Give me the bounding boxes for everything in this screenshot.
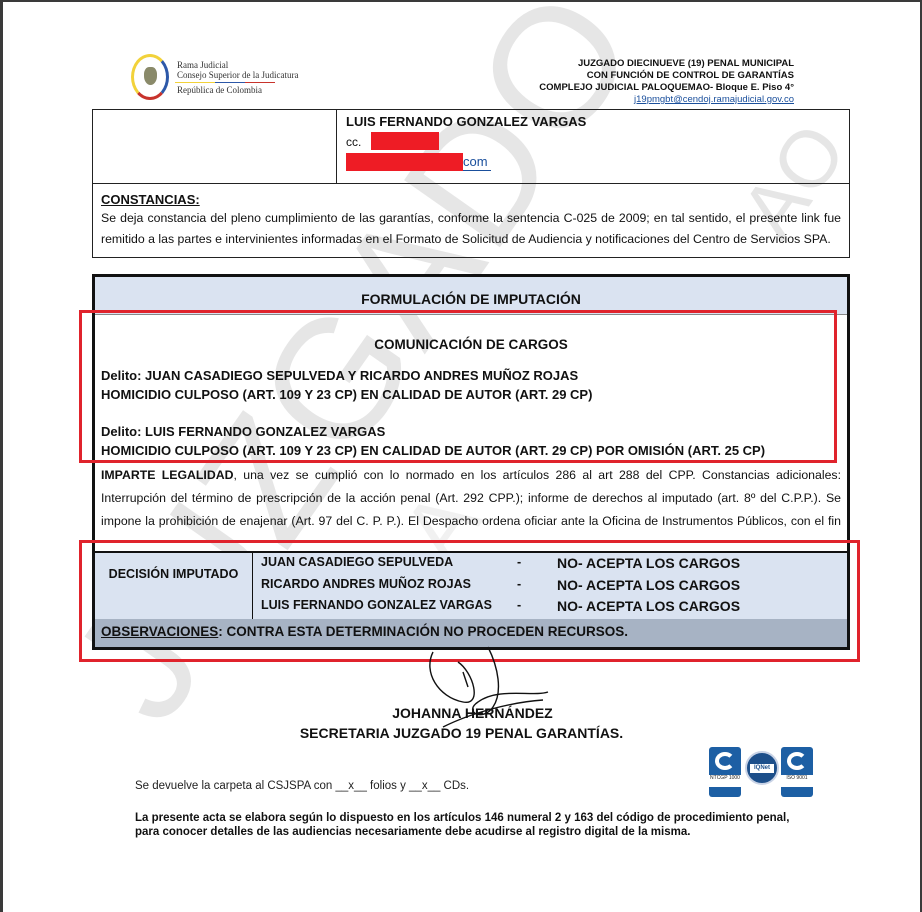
decision-status: NO- ACEPTA LOS CARGOS [557,598,740,614]
decision-name: RICARDO ANDRES MUÑOZ ROJAS [261,577,471,591]
court-line-1: JUZGADO DIECINUEVE (19) PENAL MUNICIPAL [539,58,794,70]
delito-1: Delito: JUAN CASADIEGO SEPULVEDA Y RICAR… [101,366,841,404]
logo-rule [175,82,275,83]
constancias-body: Se deja constancia del pleno cumplimient… [101,208,841,250]
delito-2-accused: Delito: LUIS FERNANDO GONZALEZ VARGAS [101,422,841,441]
decision-name: JUAN CASADIEGO SEPULVEDA [261,555,453,569]
cargos-subtitle: COMUNICACIÓN DE CARGOS [101,337,841,352]
court-email-link[interactable]: j19pmgbt@cendoj.ramajudicial.gov.co [634,94,794,105]
party-name: LUIS FERNANDO GONZALEZ VARGAS [346,114,586,129]
decision-dash: - [517,598,521,612]
folios-note: Se devuelve la carpeta al CSJSPA con __x… [135,780,469,792]
comunicacion-cargos: COMUNICACIÓN DE CARGOS Delito: JUAN CASA… [95,317,847,460]
observaciones-text: : CONTRA ESTA DETERMINACIÓN NO PROCEDEN … [218,624,628,639]
decision-dash: - [517,555,521,569]
court-line-3: COMPLEJO JUDICIAL PALOQUEMAO- Bloque E. … [539,82,794,94]
court-header: JUZGADO DIECINUEVE (19) PENAL MUNICIPAL … [539,58,794,106]
constancias-section: CONSTANCIAS: Se deja constancia del plen… [92,183,850,258]
signer-name: JOHANNA HERNÁNDEZ [3,705,920,721]
decision-status: NO- ACEPTA LOS CARGOS [557,555,740,571]
decision-imputado-row: DECISIÓN IMPUTADO JUAN CASADIEGO SEPULVE… [95,551,847,620]
rama-judicial-logo: Rama Judicial Consejo Superior de la Jud… [131,54,281,104]
redacted-email [346,153,463,171]
document-page: JUZGADO 19 A AO Rama Judicial Consejo Su… [3,2,920,912]
party-divider [336,110,337,184]
redacted-cc [371,132,439,150]
legal-footnote: La presente acta se elabora según lo dis… [135,811,815,839]
coat-of-arms-icon [131,54,169,100]
badge-label: NTCGP 1000 [709,775,741,787]
legalidad-paragraph: IMPARTE LEGALIDAD, una vez se cumplió co… [95,464,847,536]
decision-dash: - [517,577,521,591]
delito-2-charge: HOMICIDIO CULPOSO (ART. 109 Y 23 CP) EN … [101,441,841,460]
party-email-suffix[interactable]: com [463,154,488,169]
delito-1-accused: Delito: JUAN CASADIEGO SEPULVEDA Y RICAR… [101,366,841,385]
legalidad-bold: IMPARTE LEGALIDAD [101,468,234,482]
decision-name: LUIS FERNANDO GONZALEZ VARGAS [261,598,492,612]
decision-label: DECISIÓN IMPUTADO [95,553,253,619]
court-line-2: CON FUNCIÓN DE CONTROL DE GARANTÍAS [539,70,794,82]
icontec-iso-badge-icon: ISO 9001 [781,747,813,797]
certification-logos: NTCGP 1000 IQNet ISO 9001 [709,745,819,803]
icontec-ntcgp-badge-icon: NTCGP 1000 [709,747,741,797]
badge-label: IQNet [750,764,774,773]
party-cc-label: cc. [346,135,361,149]
logo-line-2: Consejo Superior de la Judicatura [177,70,298,80]
badge-label: ISO 9001 [781,775,813,787]
formulacion-table: FORMULACIÓN DE IMPUTACIÓN COMUNICACIÓN D… [92,274,850,650]
decision-status: NO- ACEPTA LOS CARGOS [557,577,740,593]
party-table: LUIS FERNANDO GONZALEZ VARGAS cc. com [92,109,850,183]
logo-line-3: República de Colombia [177,85,262,95]
delito-2: Delito: LUIS FERNANDO GONZALEZ VARGAS HO… [101,422,841,460]
constancias-heading: CONSTANCIAS: [101,192,841,207]
iqnet-badge-icon: IQNet [745,751,779,785]
signer-role: SECRETARIA JUZGADO 19 PENAL GARANTÍAS. [3,725,920,741]
observaciones-label: OBSERVACIONES [101,624,218,639]
delito-1-charge: HOMICIDIO CULPOSO (ART. 109 Y 23 CP) EN … [101,385,841,404]
logo-line-1: Rama Judicial [177,60,228,70]
formulacion-title: FORMULACIÓN DE IMPUTACIÓN [95,277,847,315]
